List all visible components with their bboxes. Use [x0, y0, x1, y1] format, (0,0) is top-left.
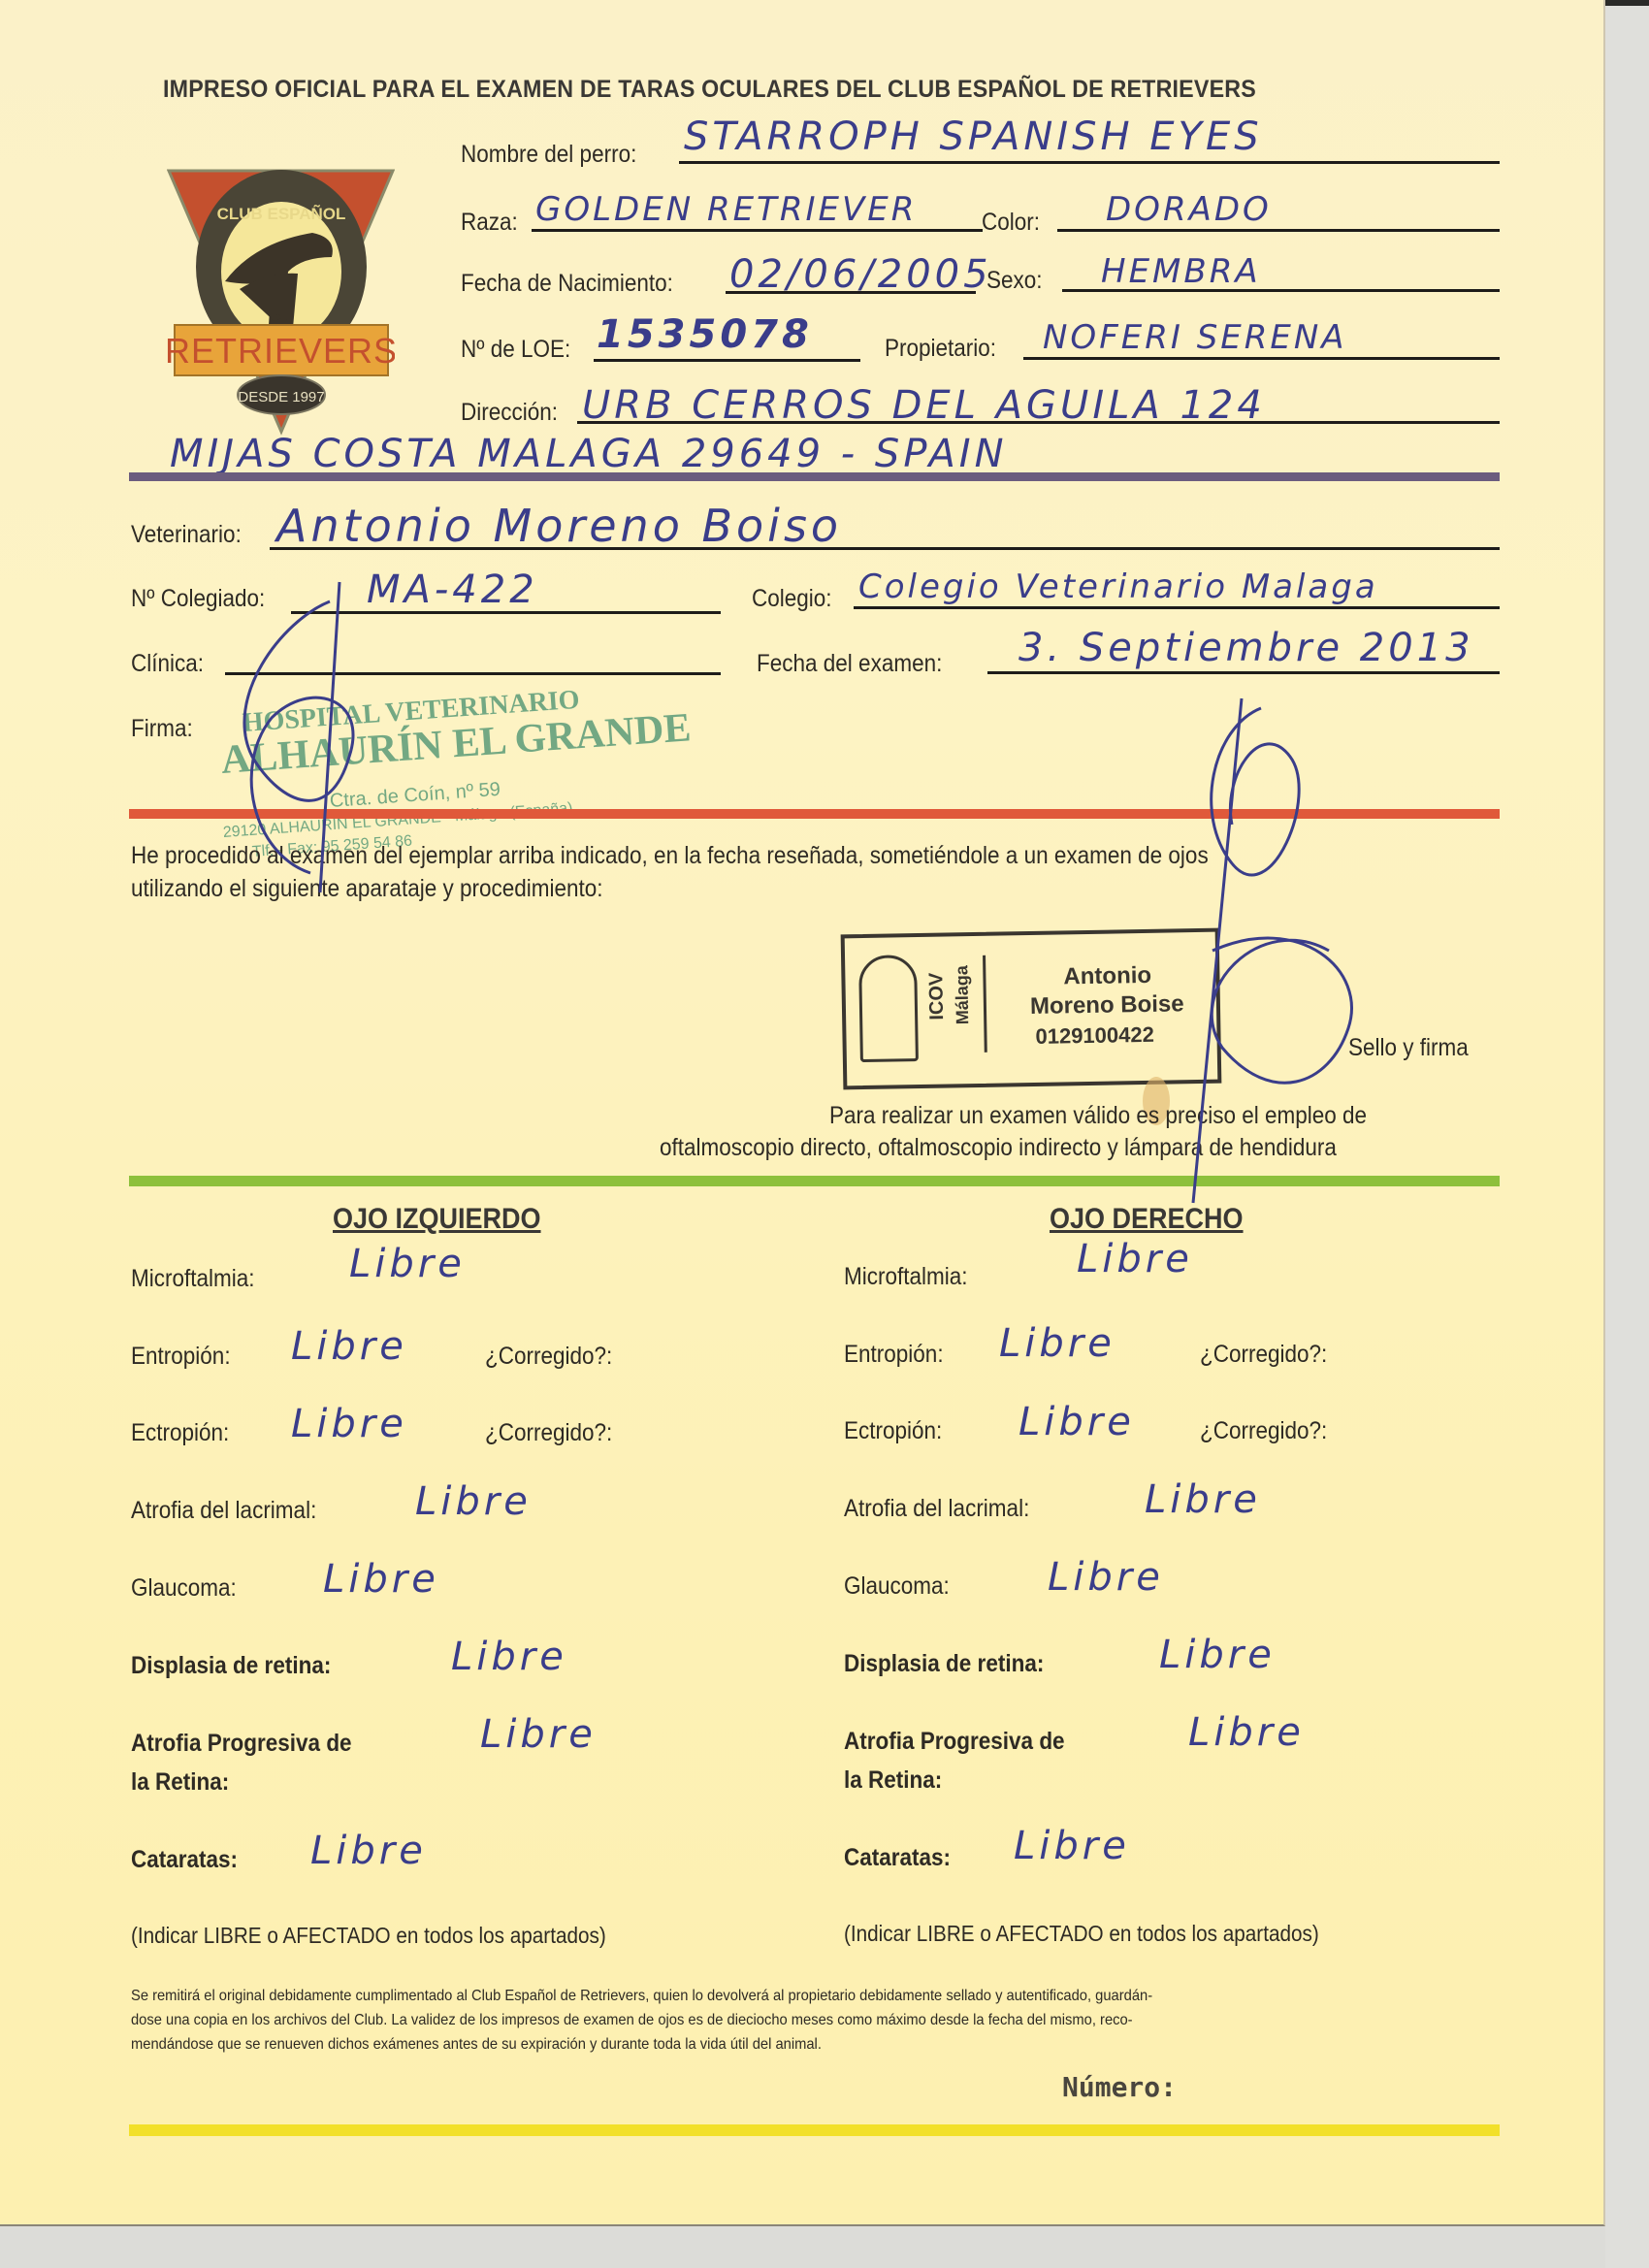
svg-text:RETRIEVERS: RETRIEVERS	[167, 331, 395, 371]
svg-text:DE: DE	[275, 312, 288, 322]
left-cataratas-value[interactable]: Libre	[310, 1829, 427, 1873]
address-line2-value[interactable]: MIJAS COSTA MALAGA 29649 - SPAIN	[170, 432, 1008, 476]
left-entropion-corrected-label: ¿Corregido?:	[485, 1343, 612, 1371]
requirement-line2: oftalmoscopio directo, oftalmoscopio ind…	[660, 1134, 1337, 1162]
left-lacrimal-value[interactable]: Libre	[415, 1479, 532, 1524]
loe-label: Nº de LOE:	[461, 336, 570, 364]
icov-logo-icon	[858, 955, 919, 1062]
left-microftalmia-value[interactable]: Libre	[349, 1242, 466, 1286]
right-ectropion-corrected-label: ¿Corregido?:	[1200, 1417, 1327, 1445]
right-displasia-value[interactable]: Libre	[1159, 1633, 1276, 1677]
right-entropion-label: Entropión:	[844, 1341, 944, 1369]
right-glaucoma-value[interactable]: Libre	[1048, 1555, 1164, 1600]
owner-value[interactable]: NOFERI SERENA	[1043, 318, 1347, 357]
vet-seal-stamp: ICOV Málaga Antonio Moreno Boise 0129100…	[841, 928, 1222, 1090]
right-cataratas-value[interactable]: Libre	[1014, 1824, 1130, 1868]
loe-line	[594, 359, 860, 362]
club-logo: RETRIEVERS DESDE 1997 CLUB ESPAÑOL DE	[167, 165, 395, 437]
left-note: (Indicar LIBRE o AFECTADO en todos los a…	[131, 1923, 606, 1949]
color-line	[1057, 229, 1500, 232]
purple-divider	[129, 472, 1500, 481]
left-cataratas-label: Cataratas:	[131, 1846, 238, 1874]
declaration-line1: He procedido al examen del ejemplar arri…	[131, 842, 1209, 870]
right-microftalmia-value[interactable]: Libre	[1077, 1237, 1193, 1281]
svg-text:CLUB ESPAÑOL: CLUB ESPAÑOL	[217, 204, 346, 223]
right-lacrimal-label: Atrofia del lacrimal:	[844, 1495, 1029, 1523]
firma-label: Firma:	[131, 715, 193, 743]
loe-value[interactable]: 1535078	[597, 312, 813, 357]
left-glaucoma-label: Glaucoma:	[131, 1574, 237, 1603]
stamp-number: 0129100422	[1035, 1022, 1154, 1050]
color-value[interactable]: DORADO	[1106, 190, 1272, 229]
footer-line2: dose una copia en los archivos del Club.…	[131, 2008, 1133, 2032]
left-displasia-label: Displasia de retina:	[131, 1652, 331, 1680]
colegiado-label: Nº Colegiado:	[131, 585, 265, 613]
right-cataratas-label: Cataratas:	[844, 1844, 951, 1872]
clinica-line	[225, 672, 721, 675]
left-entropion-label: Entropión:	[131, 1343, 231, 1371]
dog-name-value[interactable]: STARROPH SPANISH EYES	[684, 114, 1263, 159]
sex-value[interactable]: HEMBRA	[1101, 252, 1261, 291]
stamp-city: Málaga	[952, 965, 973, 1024]
stamp-org: ICOV	[925, 973, 949, 1021]
left-apr-label: Atrofia Progresiva de	[131, 1730, 352, 1758]
left-ectropion-label: Ectropión:	[131, 1419, 229, 1447]
numero-label: Número:	[1062, 2071, 1177, 2103]
colegio-value[interactable]: Colegio Veterinario Malaga	[858, 567, 1378, 606]
owner-label: Propietario:	[885, 335, 996, 363]
vet-value[interactable]: Antonio Moreno Boiso	[276, 500, 842, 552]
right-glaucoma-label: Glaucoma:	[844, 1572, 950, 1601]
retriever-logo-icon: RETRIEVERS DESDE 1997 CLUB ESPAÑOL DE	[167, 165, 395, 437]
footer-line3: mendándose que se renueven dichos exámen…	[131, 2032, 822, 2057]
right-apr-label: Atrofia Progresiva de	[844, 1728, 1065, 1756]
left-glaucoma-value[interactable]: Libre	[323, 1557, 439, 1602]
vet-label: Veterinario:	[131, 521, 242, 549]
stamp-name2: Moreno Boise	[1030, 990, 1184, 1021]
clinica-label: Clínica:	[131, 650, 204, 678]
owner-line	[1023, 357, 1500, 360]
footer-line1: Se remitirá el original debidamente cump…	[131, 1984, 1152, 2008]
requirement-line1: Para realizar un examen válido es precis…	[829, 1102, 1367, 1130]
eye-exam-form: IMPRESO OFICIAL PARA EL EXAMEN DE TARAS …	[0, 0, 1605, 2226]
yellow-divider	[129, 2124, 1500, 2136]
declaration-line2: utilizando el siguiente aparataje y proc…	[131, 875, 603, 903]
left-ectropion-corrected-label: ¿Corregido?:	[485, 1419, 612, 1447]
breed-line	[532, 229, 983, 232]
exam-date-value[interactable]: 3. Septiembre 2013	[1018, 626, 1474, 670]
right-displasia-label: Displasia de retina:	[844, 1650, 1044, 1678]
svg-text:DESDE 1997: DESDE 1997	[238, 389, 324, 405]
numero-value[interactable]	[1232, 2071, 1474, 2104]
stamp-name1: Antonio	[1063, 962, 1151, 991]
address-line1-value[interactable]: URB CERROS DEL AGUILA 124	[582, 383, 1266, 428]
right-lacrimal-value[interactable]: Libre	[1145, 1477, 1261, 1522]
left-displasia-value[interactable]: Libre	[451, 1635, 567, 1679]
dob-value[interactable]: 02/06/2005	[729, 252, 992, 297]
right-entropion-corrected-label: ¿Corregido?:	[1200, 1341, 1327, 1369]
colegio-line	[854, 606, 1500, 609]
dog-name-line	[679, 161, 1500, 164]
right-ectropion-label: Ectropión:	[844, 1417, 942, 1445]
exam-date-label: Fecha del examen:	[757, 650, 942, 678]
right-entropion-value[interactable]: Libre	[999, 1321, 1115, 1366]
sex-label: Sexo:	[986, 267, 1043, 295]
left-apr-label2: la Retina:	[131, 1768, 229, 1797]
colegiado-value[interactable]: MA-422	[367, 567, 538, 612]
scan-background	[1605, 6, 1649, 2268]
right-microftalmia-label: Microftalmia:	[844, 1263, 968, 1291]
right-ectropion-value[interactable]: Libre	[1018, 1400, 1135, 1444]
exam-date-line	[987, 671, 1500, 674]
colegio-label: Colegio:	[752, 585, 832, 613]
seal-label: Sello y firma	[1348, 1034, 1469, 1062]
left-lacrimal-label: Atrofia del lacrimal:	[131, 1497, 316, 1525]
dog-name-label: Nombre del perro:	[461, 141, 636, 169]
right-apr-value[interactable]: Libre	[1188, 1710, 1305, 1755]
form-title: IMPRESO OFICIAL PARA EL EXAMEN DE TARAS …	[163, 76, 1256, 104]
left-ectropion-value[interactable]: Libre	[291, 1402, 407, 1446]
right-note: (Indicar LIBRE o AFECTADO en todos los a…	[844, 1921, 1319, 1947]
left-entropion-value[interactable]: Libre	[291, 1324, 407, 1369]
breed-label: Raza:	[461, 209, 518, 237]
breed-value[interactable]: GOLDEN RETRIEVER	[535, 190, 917, 229]
dob-label: Fecha de Nacimiento:	[461, 270, 673, 298]
right-eye-heading: OJO DERECHO	[1050, 1203, 1244, 1236]
stamp-divider	[983, 956, 987, 1053]
red-divider	[129, 809, 1500, 819]
right-apr-label2: la Retina:	[844, 1766, 942, 1795]
green-divider	[129, 1176, 1500, 1186]
left-apr-value[interactable]: Libre	[480, 1712, 597, 1757]
address-label: Dirección:	[461, 399, 558, 427]
left-eye-heading: OJO IZQUIERDO	[333, 1203, 541, 1236]
color-label: Color:	[982, 209, 1040, 237]
left-microftalmia-label: Microftalmia:	[131, 1265, 255, 1293]
